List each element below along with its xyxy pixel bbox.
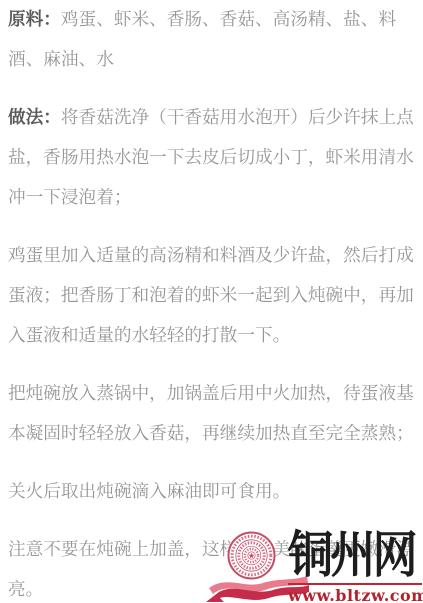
watermark-site-url: www.bltzw.com [288, 585, 422, 603]
watermark-site-name: 铜州网 [288, 528, 415, 582]
watermark: 铜州网 www.bltzw.com [205, 515, 423, 603]
method-step-text: 将香菇洗净（干香菇用水泡开）后少许抹上点盐，香肠用热水泡一下去皮后切成小丁，虾米… [8, 108, 414, 208]
recipe-article: 原料：鸡蛋、虾米、香肠、香菇、高汤精、盐、料酒、麻油、水 做法：将香菇洗净（干香… [0, 0, 423, 603]
step-text: 鸡蛋里加入适量的高汤精和料酒及少许盐，然后打成蛋液；把香肠丁和泡着的虾米一起到入… [8, 246, 414, 346]
paragraph-method: 做法：将香菇洗净（干香菇用水泡开）后少许抹上点盐，香肠用热水泡一下去皮后切成小丁… [8, 98, 415, 218]
step-text: 把炖碗放入蒸锅中，加锅盖后用中火加热，待蛋液基本凝固时轻轻放入香菇，再继续加热直… [8, 384, 414, 444]
paragraph-ingredients: 原料：鸡蛋、虾米、香肠、香菇、高汤精、盐、料酒、麻油、水 [8, 0, 415, 80]
ingredients-label: 原料： [8, 10, 61, 30]
paragraph-step: 关火后取出炖碗滴入麻油即可食用。 [8, 472, 415, 512]
step-text: 关火后取出炖碗滴入麻油即可食用。 [8, 482, 290, 502]
method-label: 做法： [8, 108, 61, 128]
paragraph-step: 把炖碗放入蒸锅中，加锅盖后用中火加热，待蛋液基本凝固时轻轻放入香菇，再继续加热直… [8, 374, 415, 454]
paragraph-step: 鸡蛋里加入适量的高汤精和料酒及少许盐，然后打成蛋液；把香肠丁和泡着的虾米一起到入… [8, 236, 415, 356]
ingredients-text: 鸡蛋、虾米、香肠、香菇、高汤精、盐、料酒、麻油、水 [8, 10, 396, 70]
